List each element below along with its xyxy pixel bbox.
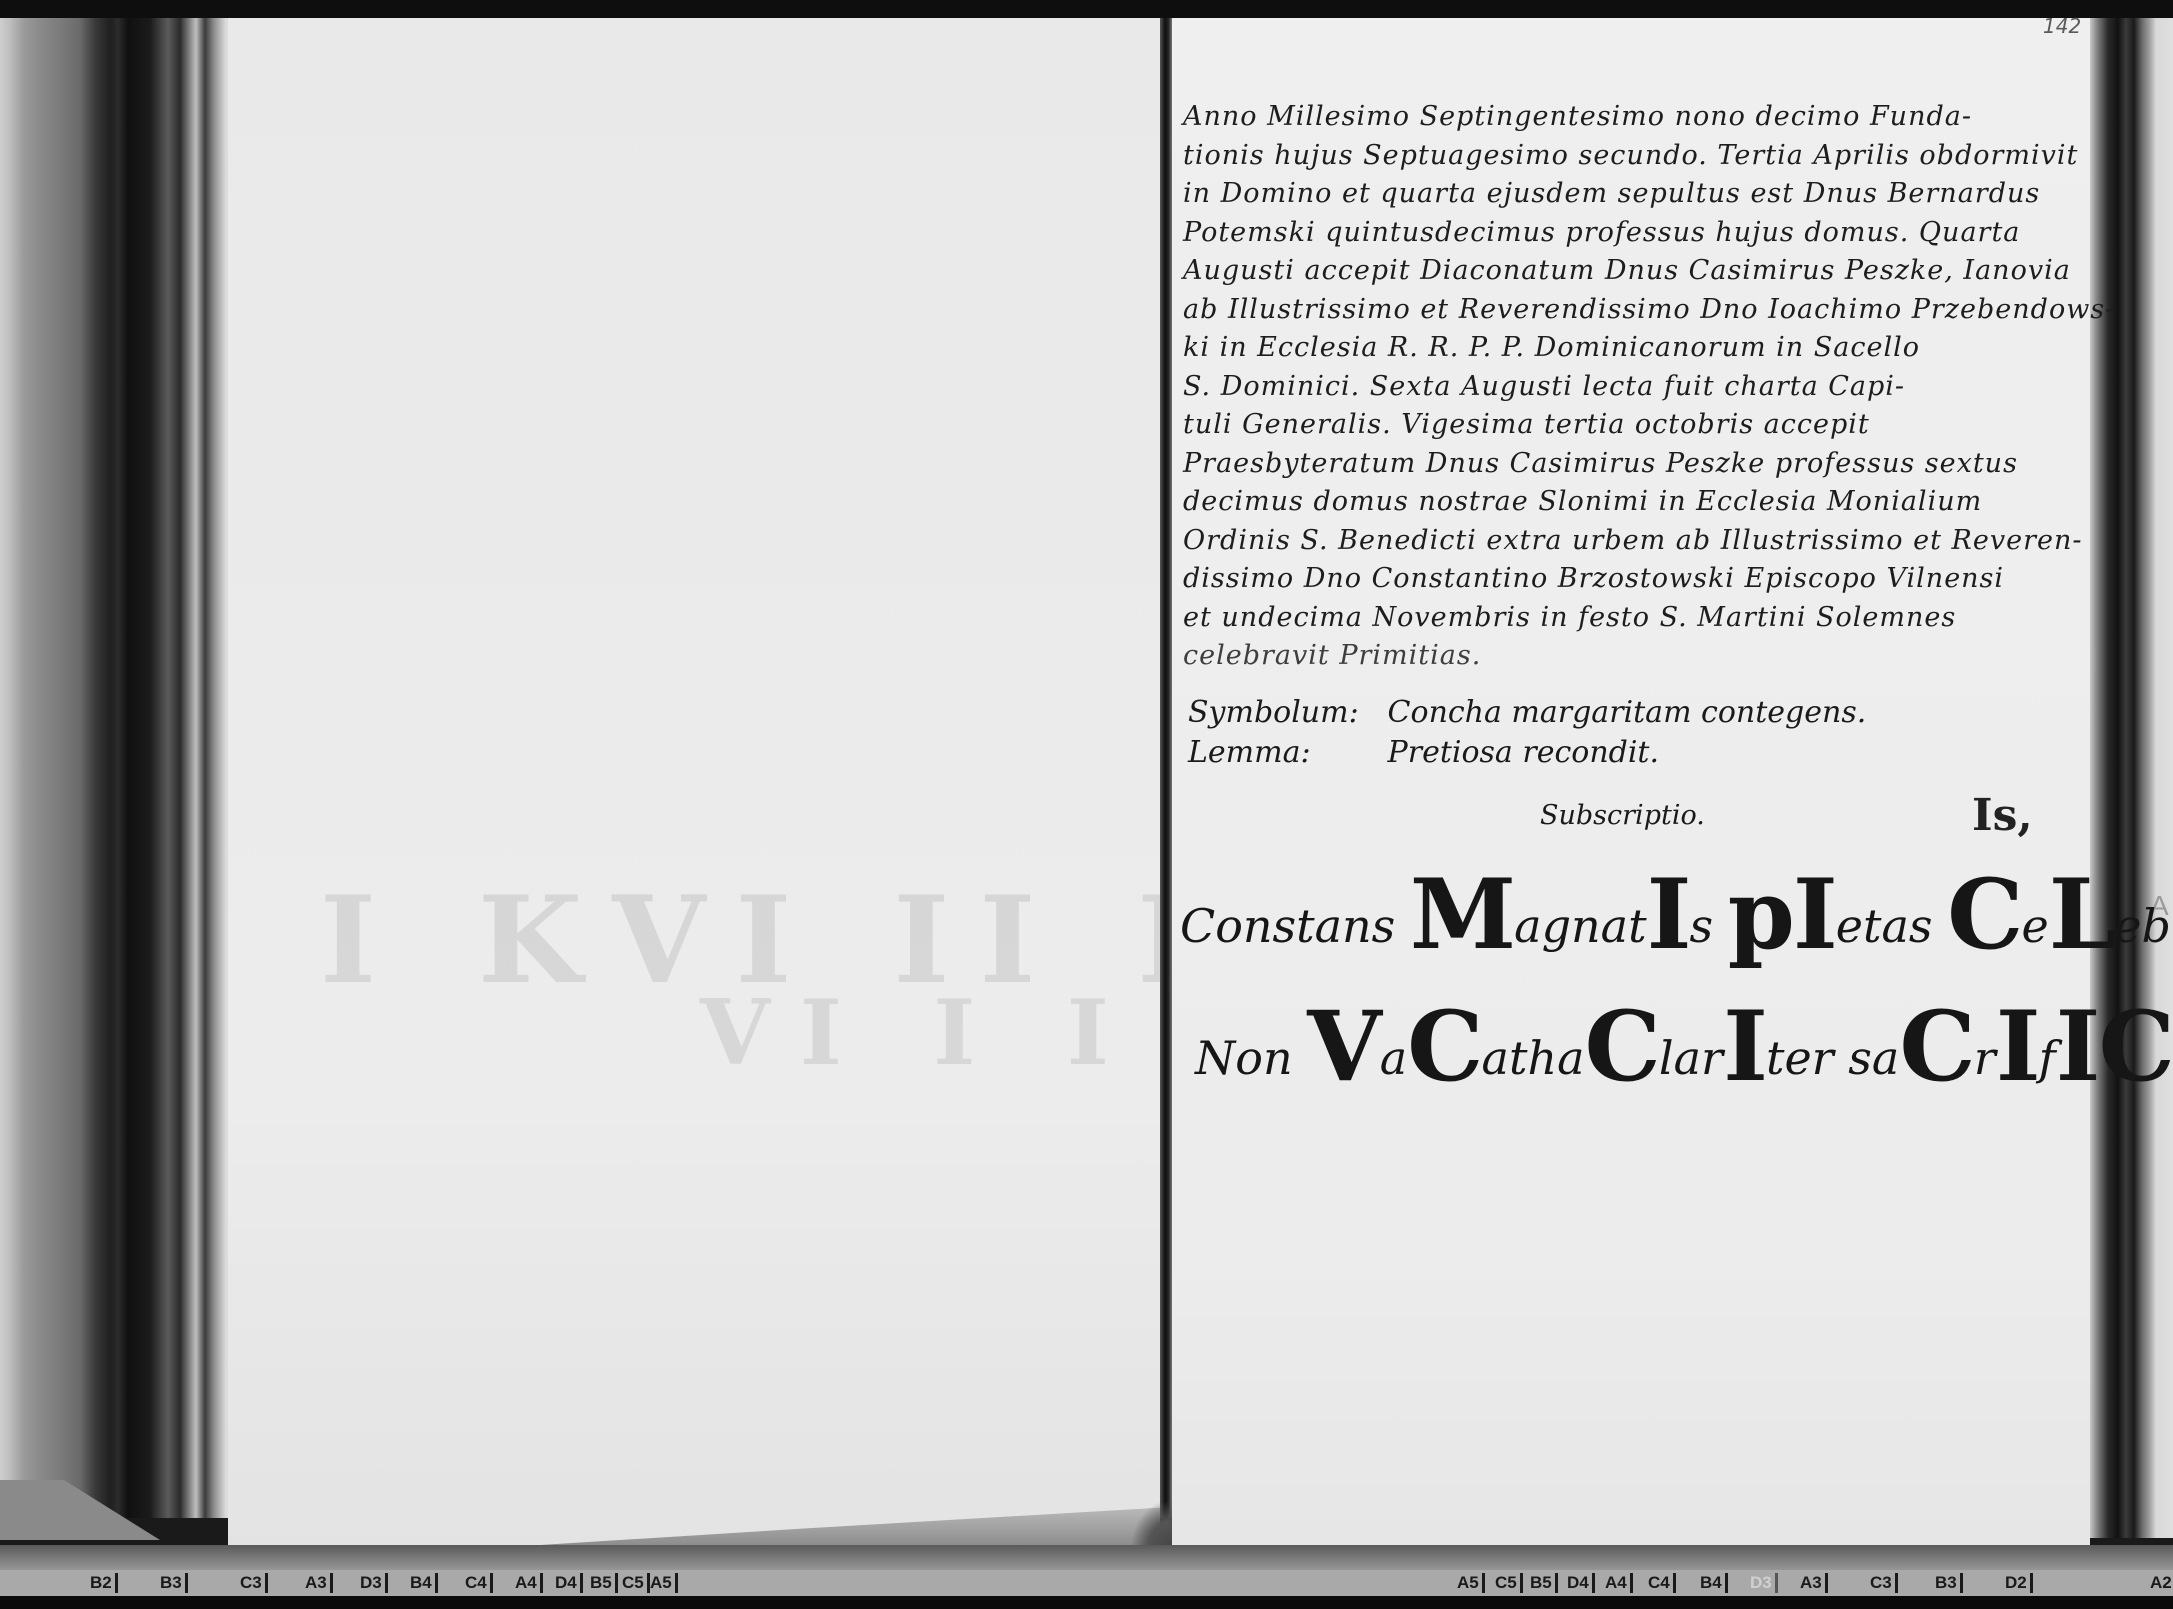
lemma-text: Pretiosa recondit. bbox=[1388, 735, 1659, 770]
chronogram-text: agnat bbox=[1514, 899, 1646, 953]
chronogram-text: at bbox=[1482, 1031, 1528, 1085]
chronogram-numeral: I bbox=[1996, 990, 2039, 1103]
symbolum-text: Concha margaritam contegens. bbox=[1388, 695, 1867, 730]
ruler-tick: A4 bbox=[1605, 1573, 1633, 1593]
ruler-tick: C4 bbox=[1648, 1573, 1676, 1593]
chronogram-numeral: I bbox=[1647, 858, 1690, 971]
chronogram-line-1: Constans MagnatIs pIetas CeLebrat VrInaL… bbox=[1180, 858, 2173, 971]
manuscript-line: S. Dominici. Sexta Augusti lecta fuit ch… bbox=[1183, 368, 2033, 407]
ruler-tick: D2 bbox=[2005, 1573, 2033, 1593]
chronogram-text: ebrat bbox=[2114, 899, 2173, 953]
chronogram-text: s bbox=[1689, 899, 1727, 953]
manuscript-line: et undecima Novembris in festo S. Martin… bbox=[1183, 599, 2033, 638]
symbolum-lemma-block: Symbolum: Concha margaritam contegens. L… bbox=[1188, 693, 1866, 773]
chronogram-numeral: C bbox=[1585, 990, 1659, 1103]
chronogram-text: ha bbox=[1527, 1031, 1584, 1085]
ruler-tick: A2 bbox=[2150, 1573, 2173, 1593]
bleed-through-text: VI I I bbox=[700, 980, 1139, 1086]
manuscript-line: dissimo Dno Constantino Brzostowski Epis… bbox=[1183, 560, 2033, 599]
book-gutter bbox=[1160, 18, 1172, 1518]
manuscript-line: Augusti accepit Diaconatum Dnus Casimiru… bbox=[1183, 252, 2033, 291]
ruler-tick: A5 bbox=[1457, 1573, 1485, 1593]
ruler-tick: D3 bbox=[360, 1573, 388, 1593]
folio-number: 142 bbox=[2043, 14, 2081, 38]
lemma-label: Lemma: bbox=[1188, 733, 1378, 773]
chronogram-numeral: M bbox=[1410, 858, 1514, 971]
chronogram-numeral: L bbox=[2049, 858, 2115, 971]
ruler-tick: C3 bbox=[1870, 1573, 1898, 1593]
manuscript-line: celebravit Primitias. bbox=[1183, 637, 2033, 676]
ruler-tick: A3 bbox=[1800, 1573, 1828, 1593]
ruler-tick: B3 bbox=[160, 1573, 188, 1593]
left-page-blank bbox=[228, 18, 1160, 1553]
ruler-tick: B3 bbox=[1935, 1573, 1963, 1593]
ruler-tick: A4 bbox=[515, 1573, 543, 1593]
manuscript-line: Anno Millesimo Septingentesimo nono deci… bbox=[1183, 98, 2033, 137]
ruler-tick: A3 bbox=[305, 1573, 333, 1593]
ruler-tick: C5 bbox=[1495, 1573, 1523, 1593]
chronogram-text: a bbox=[1380, 1031, 1407, 1085]
manuscript-line: Potemski quintusdecimus professus hujus … bbox=[1183, 214, 2033, 253]
chronogram-text: f bbox=[2039, 1031, 2056, 1085]
ruler-tick: C3 bbox=[240, 1573, 268, 1593]
chronogram-numeral: C bbox=[2099, 990, 2173, 1103]
microfilm-top-border bbox=[0, 0, 2173, 18]
symbolum-label: Symbolum: bbox=[1188, 693, 1378, 733]
corner-mark: Is, bbox=[1972, 790, 2033, 841]
subscriptio-heading: Subscriptio. bbox=[1540, 800, 1705, 831]
ruler-tick: B5 bbox=[1530, 1573, 1558, 1593]
manuscript-line: Praesbyteratum Dnus Casimirus Peszke pro… bbox=[1183, 445, 2033, 484]
chronogram-line-2: Non VaCathaClarIter saCrIfICantIs Iter. bbox=[1195, 990, 2173, 1103]
ruler-tick: D3 bbox=[1750, 1573, 1778, 1593]
chronogram-text: ter sa bbox=[1766, 1031, 1899, 1085]
chronogram-text: Non bbox=[1195, 1031, 1307, 1085]
manuscript-line: ki in Ecclesia R. R. P. P. Dominicanorum… bbox=[1183, 329, 2033, 368]
chronogram-text: Constans bbox=[1180, 899, 1410, 953]
ruler-tick: B4 bbox=[1700, 1573, 1728, 1593]
microfilm-bottom-border bbox=[0, 1596, 2173, 1609]
chronogram-text: e bbox=[2022, 899, 2049, 953]
ruler-tick: D4 bbox=[555, 1573, 583, 1593]
manuscript-line: decimus domus nostrae Slonimi in Ecclesi… bbox=[1183, 483, 2033, 522]
ruler-tick: B4 bbox=[410, 1573, 438, 1593]
ruler-tick: C4 bbox=[465, 1573, 493, 1593]
chronogram-numeral: I bbox=[2056, 990, 2099, 1103]
chronogram-numeral: V bbox=[1307, 990, 1379, 1103]
chronogram-text: lar bbox=[1659, 1031, 1723, 1085]
chronogram-text: etas bbox=[1836, 899, 1947, 953]
ruler-tick: A5 bbox=[650, 1573, 678, 1593]
manuscript-line: in Domino et quarta ejusdem sepultus est… bbox=[1183, 175, 2033, 214]
chronogram-numeral: C bbox=[1947, 858, 2021, 971]
manuscript-line: tuli Generalis. Vigesima tertia octobris… bbox=[1183, 406, 2033, 445]
manuscript-line: ab Illustrissimo et Reverendissimo Dno I… bbox=[1183, 291, 2033, 330]
chronogram-numeral: C bbox=[1899, 990, 1973, 1103]
chronogram-text: r bbox=[1974, 1031, 1996, 1085]
ruler-tick: B5 bbox=[590, 1573, 618, 1593]
ruler-tick: B2 bbox=[90, 1573, 118, 1593]
chronogram-numeral: I bbox=[1723, 990, 1766, 1103]
manuscript-body: Anno Millesimo Septingentesimo nono deci… bbox=[1183, 98, 2033, 676]
manuscript-line: Ordinis S. Benedicti extra urbem ab Illu… bbox=[1183, 522, 2033, 561]
ruler-tick: D4 bbox=[1567, 1573, 1595, 1593]
book-right-fore-edge bbox=[2090, 18, 2173, 1538]
ruler-tick: C5 bbox=[622, 1573, 650, 1593]
chronogram-numeral: pI bbox=[1728, 858, 1836, 971]
manuscript-line: tionis hujus Septuagesimo secundo. Terti… bbox=[1183, 137, 2033, 176]
chronogram-numeral: C bbox=[1407, 990, 1481, 1103]
book-left-fore-edge bbox=[0, 18, 230, 1518]
